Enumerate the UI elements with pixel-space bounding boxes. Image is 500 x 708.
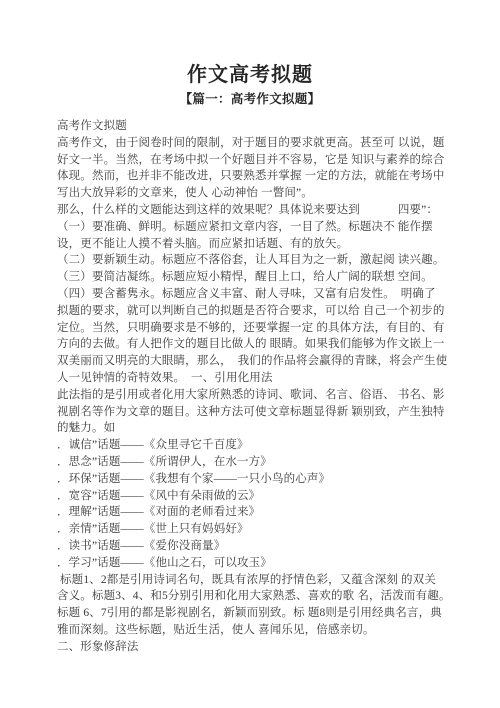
text-line: ．思念”话题——《所谓伊人，在水一方》 [57,454,452,471]
text-line: ．宽容”话题——《风中有朵雨做的云》 [57,488,452,505]
text-line: 那么，什么样的文题能达到这样的效果呢？具体说来要达到 四要”： [57,202,452,219]
text-line: 设，更不能让人摸不着头脑。而应紧扣话题、有的放矢。 [57,236,452,253]
text-line: ．读书”话题——《爱你没商量》 [57,538,452,555]
text-line: ．学习”话题——《他山之石，可以攻玉》 [57,555,452,572]
text-line: 高考作文，由于阅卷时间的限制，对于题目的要求就更高。甚至可 以说，题 [57,135,452,152]
text-line: 人一见钟情的奇特效果。 一、引用化用法 [57,370,452,387]
text-line: （三）要简洁凝练。标题应短小精悍，醒目上口，给人广阔的联想 空间。 [57,269,452,286]
text-line: 双美丽而又明亮的大眼睛，那么， 我们的作品将会赢得的青睐，将会产生使 [57,353,452,370]
text-line: 高考作文拟题 [57,118,452,135]
text-line: 写出大放异彩的文章来，使人 心动神怡 一瞥间”。 [57,185,452,202]
text-line: （二）要新颖生动。标题应不落俗套，让人耳目为之一新，激起阅 读兴趣。 [57,252,452,269]
text-line: （一）要准确、鲜明。标题应紧扣文章内容，一目了然。标题决不 能作摆 [57,219,452,236]
page-title: 作文高考拟题 [0,0,500,88]
text-line: 雅而深刻。这些标题，贴近生活，使人 喜闻乐见，倍感亲切。 [57,622,452,639]
text-line: ．理解”话题——《对面的老师看过来》 [57,504,452,521]
text-line: 此法指的是引用或者化用大家所熟悉的诗词、歌词、名言、俗语、 书名、影 [57,387,452,404]
text-line: 体现。然而，也并非不能改进，只要熟悉并掌握 一定的方法，就能在考场中 [57,168,452,185]
text-line: 标题 6、7引用的都是影视剧名，新颖而别致。标 题8则是引用经典名言，典 [57,605,452,622]
text-line: 含义。标题3、4、和5分别引用和化用大家熟悉、喜欢的歌 名，活泼而有趣。 [57,588,452,605]
text-line: 视剧名等作为文章的题目。这种方法可使文章标题显得新 颖别致，产生独特 [57,404,452,421]
text-line: 好文一半。当然，在考场中拟一个好题目并不容易，它是 知识与素养的综合 [57,152,452,169]
text-line: 二、形象修辞法 [57,639,452,656]
text-line: 拟题的要求，就可以判断自己的拟题是否符合要求，可以给 自己一个初步的 [57,303,452,320]
text-line: （四）要含蓄隽永。标题应含义丰富、耐人寻味，又富有启发性。 明确了 [57,286,452,303]
text-line: ．诚信”话题——《众里寻它千百度》 [57,437,452,454]
text-line: 方向的去做。有人把作文的题目比做人的 眼睛。如果我们能够为作文嵌上一 [57,336,452,353]
text-line: 定位。当然，只明确要求是不够的，还要掌握一定 的具体方法，有目的、有 [57,320,452,337]
document-body: 高考作文拟题 高考作文，由于阅卷时间的限制，对于题目的要求就更高。甚至可 以说，… [57,118,452,656]
document-page: 作文高考拟题 【篇一：高考作文拟题】 高考作文拟题 高考作文，由于阅卷时间的限制… [0,0,500,708]
text-line: 的魅力。如 [57,420,452,437]
text-line: 标题1、2都是引用诗词名句，既具有浓厚的抒情色彩，又蕴含深刻 的双关 [57,572,452,589]
section-heading: 【篇一：高考作文拟题】 [0,92,500,107]
text-line: ．亲情”话题——《世上只有妈妈好》 [57,521,452,538]
text-line: ．环保”话题——《我想有个家——一只小鸟的心声》 [57,471,452,488]
